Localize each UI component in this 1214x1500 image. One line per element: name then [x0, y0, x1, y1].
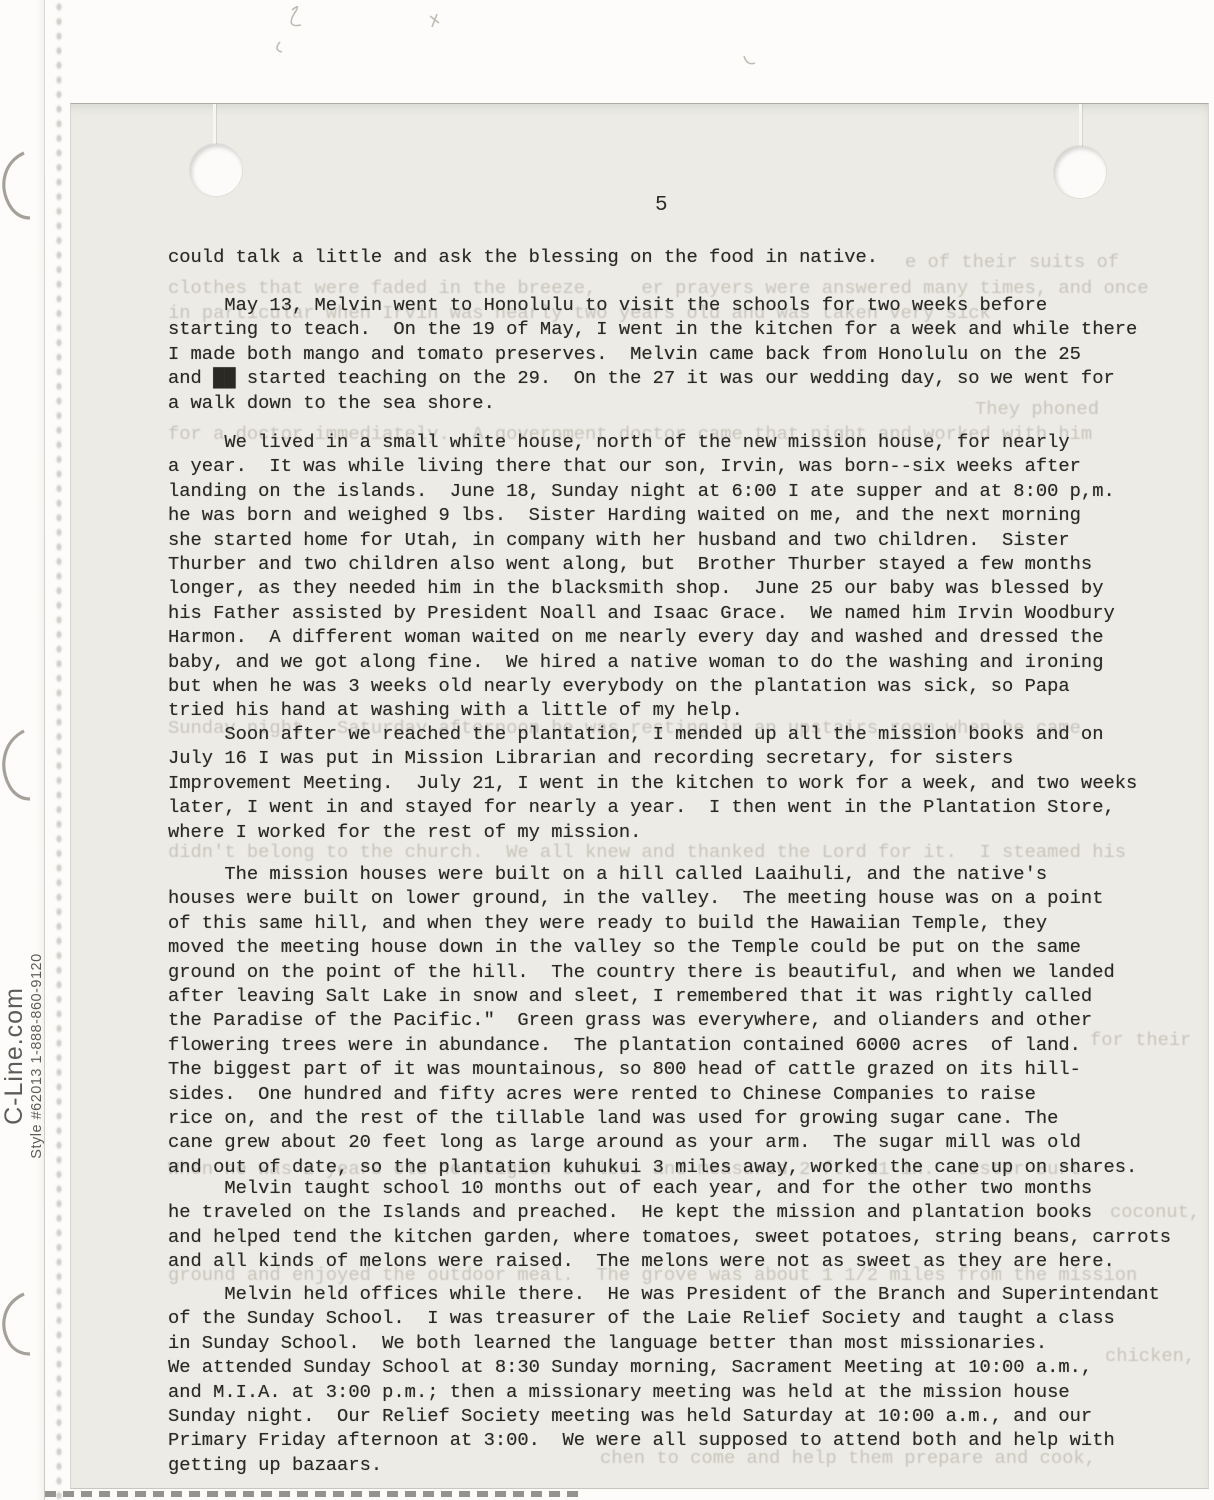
typewritten-line: cane grew about 20 feet long as large ar… [168, 1130, 1137, 1154]
typewritten-line: Soon after we reached the plantation, I … [168, 722, 1137, 746]
typewritten-line: The mission houses were built on a hill … [168, 862, 1137, 886]
typed-text: could talk a little and ask the blessing… [168, 0, 1214, 1500]
typewritten-line: a year. It was while living there that o… [168, 454, 1115, 478]
typewritten-line: houses were built on lower ground, in th… [168, 886, 1137, 910]
typewritten-line: I made both mango and tomato preserves. … [168, 342, 1137, 366]
typewritten-line: Harmon. A different woman waited on me n… [168, 625, 1115, 649]
typewritten-line: his Father assisted by President Noall a… [168, 601, 1115, 625]
typewritten-line: sides. One hundred and fifty acres were … [168, 1082, 1137, 1106]
typewritten-line: moved the meeting house down in the vall… [168, 935, 1137, 959]
page-number: 5 [655, 194, 668, 217]
typewritten-line: Melvin held offices while there. He was … [168, 1282, 1160, 1306]
typewritten-line: and helped tend the kitchen garden, wher… [168, 1225, 1171, 1249]
paragraph: May 13, Melvin went to Honolulu to visit… [168, 293, 1137, 415]
typewritten-line: in Sunday School. We both learned the la… [168, 1331, 1160, 1355]
typewritten-line: Primary Friday afternoon at 3:00. We wer… [168, 1428, 1160, 1452]
typewritten-line: Sunday night. Our Relief Society meeting… [168, 1404, 1160, 1428]
typewritten-line: of this same hill, and when they were re… [168, 911, 1137, 935]
scanned-document-sheet: { "document": { "page_number": "5", "par… [0, 0, 1214, 1500]
typewritten-line: after leaving Salt Lake in snow and slee… [168, 984, 1137, 1008]
paragraph: Soon after we reached the plantation, I … [168, 722, 1137, 844]
typewritten-line: later, I went in and stayed for nearly a… [168, 795, 1137, 819]
typewritten-line: could talk a little and ask the blessing… [168, 245, 878, 269]
typewritten-line: and all kinds of melons were raised. The… [168, 1249, 1171, 1273]
typewritten-line: she started home for Utah, in company wi… [168, 528, 1115, 552]
typewritten-line: tried his hand at washing with a little … [168, 698, 1115, 722]
typewritten-line: We lived in a small white house, north o… [168, 430, 1115, 454]
typewritten-line: Improvement Meeting. July 21, I went in … [168, 771, 1137, 795]
typewritten-line: May 13, Melvin went to Honolulu to visit… [168, 293, 1137, 317]
typewritten-line: and M.I.A. at 3:00 p.m.; then a missiona… [168, 1380, 1160, 1404]
typewritten-line: he was born and weighed 9 lbs. Sister Ha… [168, 503, 1115, 527]
typewritten-line: landing on the islands. June 18, Sunday … [168, 479, 1115, 503]
typewritten-line: longer, as they needed him in the blacks… [168, 576, 1115, 600]
typewritten-line: and ██ started teaching on the 29. On th… [168, 366, 1137, 390]
typewritten-line: Melvin taught school 10 months out of ea… [168, 1176, 1171, 1200]
paragraph: The mission houses were built on a hill … [168, 862, 1137, 1179]
paragraph: Melvin taught school 10 months out of ea… [168, 1176, 1171, 1274]
typewritten-line: where I worked for the rest of my missio… [168, 820, 1137, 844]
typewritten-line: of the Sunday School. I was treasurer of… [168, 1306, 1160, 1330]
typewritten-line: but when he was 3 weeks old nearly every… [168, 674, 1115, 698]
typewritten-line: We attended Sunday School at 8:30 Sunday… [168, 1355, 1160, 1379]
paragraph: could talk a little and ask the blessing… [168, 245, 878, 269]
paragraph: Melvin held offices while there. He was … [168, 1282, 1160, 1477]
typewritten-line: he traveled on the Islands and preached.… [168, 1200, 1171, 1224]
typewritten-line: baby, and we got along fine. We hired a … [168, 650, 1115, 674]
typewritten-line: starting to teach. On the 19 of May, I w… [168, 317, 1137, 341]
pencil-mark-squiggles [0, 0, 1214, 100]
typewritten-line: flowering trees were in abundance. The p… [168, 1033, 1137, 1057]
typewritten-line: getting up bazaars. [168, 1453, 1160, 1477]
typewritten-line: the Paradise of the Pacific." Green gras… [168, 1008, 1137, 1032]
typewritten-line: a walk down to the sea shore. [168, 391, 1137, 415]
typewritten-line: rice on, and the rest of the tillable la… [168, 1106, 1137, 1130]
typewritten-line: Thurber and two children also went along… [168, 552, 1115, 576]
typewritten-line: The biggest part of it was mountainous, … [168, 1057, 1137, 1081]
typewritten-line: ground on the point of the hill. The cou… [168, 960, 1137, 984]
paragraph: We lived in a small white house, north o… [168, 430, 1115, 723]
typewritten-line: July 16 I was put in Mission Librarian a… [168, 746, 1137, 770]
